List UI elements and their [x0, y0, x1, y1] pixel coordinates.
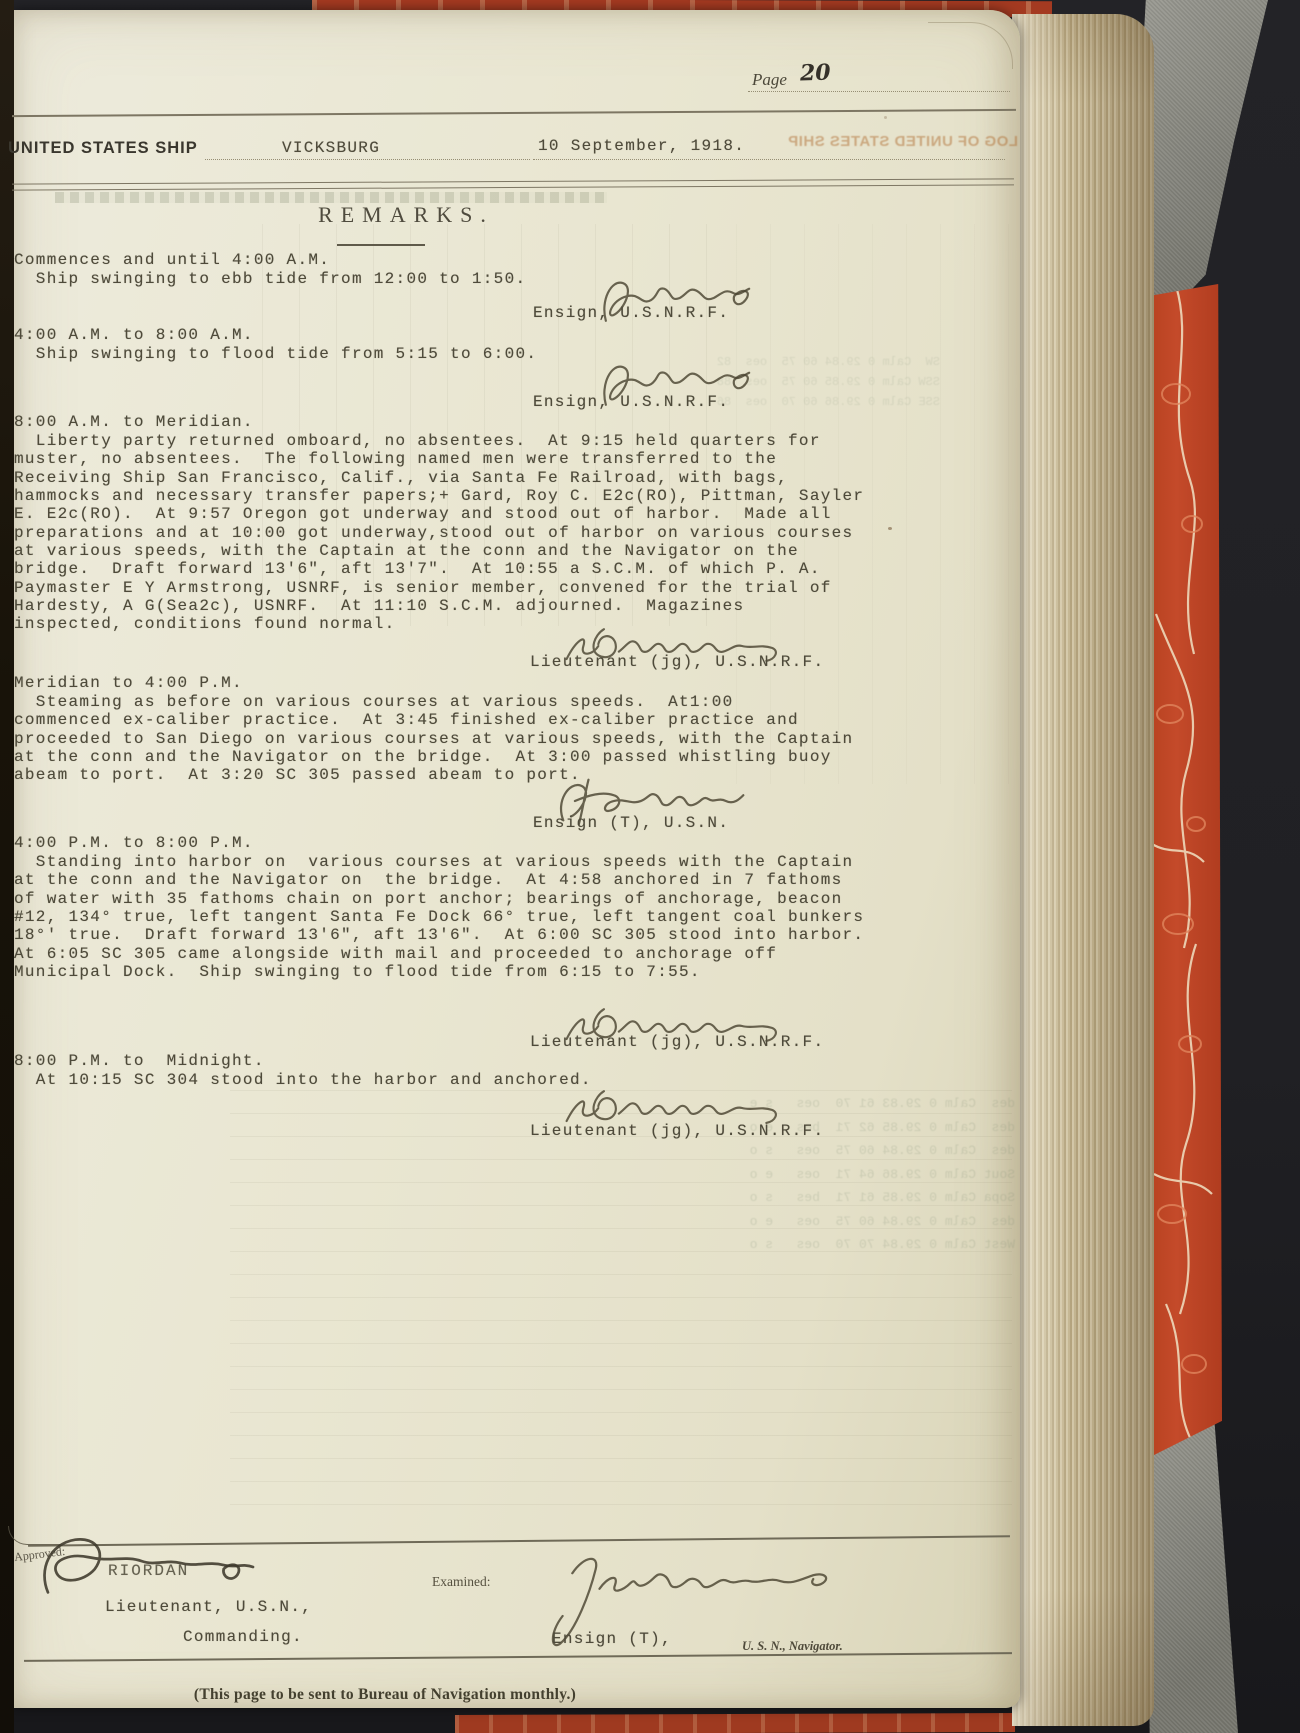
entry-4-period: Meridian to 4:00 P.M. [14, 674, 243, 692]
entry-5-period: 4:00 P.M. to 8:00 P.M. [14, 834, 254, 852]
ship-label: UNITED STATES SHIP [8, 139, 198, 158]
entry-3-text: Liberty party returned omboard, no absen… [14, 432, 864, 634]
entry-1-period: Commences and until 4:00 A.M. [14, 251, 330, 269]
bleed-through-log-header: LOG OF UNITED STATES SHIP [786, 133, 1018, 150]
page-fore-edge-stack [1012, 14, 1154, 1726]
entry-3-signer-title: Lieutenant (jg), U.S.N.R.F. [530, 653, 824, 671]
cover-fabric-corner-top [1138, 0, 1268, 335]
commander-role: Commanding. [183, 1628, 303, 1646]
page-label: Page [752, 70, 787, 90]
commander-title: Lieutenant, U.S.N., [105, 1598, 312, 1616]
entry-6-period: 8:00 P.M. to Midnight. [14, 1052, 265, 1070]
ink-speck [884, 116, 887, 119]
red-marbled-cover-bottom-edge [455, 1713, 1015, 1733]
remarks-title: REMARKS. [300, 202, 512, 228]
entry-1-signer-title: Ensign, U.S.N.R.F. [533, 304, 729, 322]
ink-speck [888, 527, 892, 530]
entry-5-signer-title: Lieutenant (jg), U.S.N.R.F. [530, 1033, 824, 1051]
entry-2-text: Ship swinging to flood tide from 5:15 to… [14, 345, 537, 363]
red-marbled-cover-side [1146, 284, 1222, 1456]
log-date: 10 September, 1918. [538, 137, 745, 155]
entry-3-period: 8:00 A.M. to Meridian. [14, 413, 254, 431]
entry-1-text: Ship swinging to ebb tide from 12:00 to … [14, 270, 526, 288]
signature-commanding-officer [32, 1526, 267, 1609]
examined-label: Examined: [432, 1574, 490, 1590]
entry-5-text: Standing into harbor on various courses … [14, 853, 864, 981]
entry-4-signer-title: Ensign (T), U.S.N. [533, 814, 729, 832]
logbook-photo: LOG OF UNITED STATES SHIP SW Calm 0 29.8… [0, 0, 1300, 1733]
signature-mckee-1 [590, 268, 765, 334]
navigator-printed-title: U. S. N., Navigator. [742, 1639, 843, 1654]
entry-4-text: Steaming as before on various courses at… [14, 693, 853, 785]
entry-2-signer-title: Ensign, U.S.N.R.F. [533, 393, 729, 411]
marble-pattern [1146, 284, 1222, 1456]
page-number: 20 [800, 59, 832, 86]
navigator-rank: Ensign (T), [552, 1630, 672, 1648]
date-ruled-line [533, 158, 1005, 160]
footer-note: (This page to be sent to Bureau of Navig… [165, 1686, 605, 1704]
entry-2-period: 4:00 A.M. to 8:00 A.M. [14, 326, 254, 344]
entry-6-text: At 10:15 SC 304 stood into the harbor an… [14, 1071, 592, 1089]
entry-6-signer-title: Lieutenant (jg), U.S.N.R.F. [530, 1122, 824, 1140]
ship-name-ruled-line [205, 158, 530, 160]
remarks-underline [337, 244, 425, 246]
binding-gutter [0, 0, 14, 1733]
ship-name: VICKSBURG [282, 139, 380, 157]
page-number-ruled-line [748, 90, 1010, 92]
